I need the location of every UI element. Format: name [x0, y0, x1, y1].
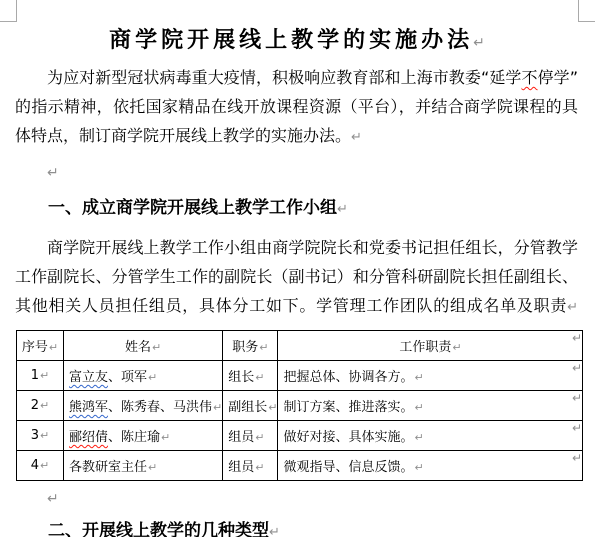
cell-names: 富立友、项军↵: [64, 361, 223, 391]
cell-end-mark: ↵: [40, 369, 49, 382]
spellcheck-red-squiggle: 郦绍倩: [69, 430, 108, 445]
cell-number: 3↵: [17, 421, 64, 451]
cell-number-text: 1: [31, 368, 39, 383]
intro-line-2: 的指示精神，依托国家精品在线开放课程资源（平台），并结合商学院课程的具: [15, 92, 578, 121]
cell-names-text: 、陈秀春、马洪伟: [108, 400, 212, 415]
table-row-end-mark: ↵: [572, 391, 582, 405]
cell-responsibility: 微观指导、信息反馈。↵: [278, 451, 583, 481]
cell-end-mark: ↵: [148, 461, 157, 474]
cell-end-mark: ↵: [40, 429, 49, 442]
intro-line-1-text: 为应对新型冠状病毒重大疫情，积极响应教育部和上海市教委“延学: [47, 68, 521, 87]
cell-end-mark: ↵: [49, 341, 58, 354]
spellcheck-red-squiggle: 不: [521, 68, 537, 87]
section-2-heading-text: 二、开展线上教学的几种类型: [48, 521, 269, 537]
cell-duty: 组长↵: [223, 361, 278, 391]
cell-end-mark: ↵: [415, 371, 424, 384]
cell-number-text: 4: [31, 458, 39, 473]
section-2-heading: 二、开展线上教学的几种类型↵: [48, 520, 280, 537]
col-header-responsibility-text: 工作职责: [399, 340, 451, 355]
cell-responsibility: 把握总体、协调各方。↵: [278, 361, 583, 391]
intro-paragraph: 为应对新型冠状病毒重大疫情，积极响应教育部和上海市教委“延学不停学” 的指示精神…: [15, 63, 578, 150]
cell-duty-text: 副组长: [228, 400, 267, 415]
section-1-heading: 一、成立商学院开展线上教学工作小组↵: [48, 197, 348, 221]
section-1-heading-text: 一、成立商学院开展线上教学工作小组: [48, 198, 337, 218]
cell-responsibility: 做好对接、具体实施。↵: [278, 421, 583, 451]
spellcheck-blue-squiggle: 熊鸿军: [69, 400, 108, 415]
col-header-name: 姓名↵: [64, 331, 223, 361]
cell-end-mark: ↵: [415, 431, 424, 444]
cell-names: 郦绍倩、陈庄瑜↵: [64, 421, 223, 451]
workgroup-line-1: 商学院开展线上教学工作小组由商学院院长和党委书记担任组长，分管教学: [15, 233, 578, 262]
cell-end-mark: ↵: [415, 401, 424, 414]
cell-end-mark: ↵: [161, 431, 170, 444]
col-header-name-text: 姓名: [125, 340, 151, 355]
col-header-number-text: 序号: [22, 340, 48, 355]
table-header-row: 序号↵ 姓名↵ 职务↵ 工作职责↵: [17, 331, 583, 361]
cell-end-mark: ↵: [255, 431, 264, 444]
cell-end-mark: ↵: [213, 401, 222, 414]
col-header-duty: 职务↵: [223, 331, 278, 361]
document-title: 商学院开展线上教学的实施办法↵: [16, 26, 578, 57]
cell-end-mark: ↵: [255, 461, 264, 474]
margin-mark-top-right-horizontal: [578, 21, 595, 22]
col-header-duty-text: 职务: [232, 340, 258, 355]
cell-number: 4↵: [17, 451, 64, 481]
cell-end-mark: ↵: [148, 371, 157, 384]
cell-end-mark: ↵: [259, 341, 268, 354]
cell-responsibility-text: 做好对接、具体实施。: [283, 430, 413, 445]
intro-line-3-text: 体特点，制订商学院开展线上教学的实施办法。: [15, 126, 351, 145]
workgroup-line-2-text: 工作副院长、分管学生工作的副院长（副书记）和分管科研副院长担任副组长、: [15, 267, 578, 286]
cell-duty: 副组长↵: [223, 391, 278, 421]
margin-mark-top-left-horizontal: [0, 21, 17, 22]
cell-end-mark: ↵: [452, 341, 461, 354]
cell-duty-text: 组员: [228, 460, 254, 475]
workgroup-line-1-text: 商学院开展线上教学工作小组由商学院院长和党委书记担任组长，分管教学: [47, 238, 578, 257]
document-page: 商学院开展线上教学的实施办法↵ 为应对新型冠状病毒重大疫情，积极响应教育部和上海…: [0, 0, 595, 537]
intro-line-2-text: 的指示精神，依托国家精品在线开放课程资源（平台），并结合商学院课程的具: [15, 97, 578, 116]
workgroup-paragraph: 商学院开展线上教学工作小组由商学院院长和党委书记担任组长，分管教学 工作副院长、…: [15, 233, 578, 320]
cell-end-mark: ↵: [268, 401, 277, 414]
table-row: 3↵ 郦绍倩、陈庄瑜↵ 组员↵ 做好对接、具体实施。↵: [17, 421, 583, 451]
cell-number-text: 2: [31, 398, 39, 413]
table-row-end-mark: ↵: [572, 361, 582, 375]
cell-end-mark: ↵: [40, 399, 49, 412]
paragraph-mark: ↵: [351, 130, 362, 145]
spellcheck-blue-squiggle: 富立友: [69, 370, 108, 385]
cell-names-text: 各教研室主任: [69, 460, 147, 475]
cell-responsibility-text: 制订方案、推进落实。: [283, 400, 413, 415]
cell-duty: 组员↵: [223, 451, 278, 481]
table-row-end-mark: ↵: [572, 451, 582, 465]
cell-names: 各教研室主任↵: [64, 451, 223, 481]
cell-end-mark: ↵: [40, 459, 49, 472]
table-row: 2↵ 熊鸿军、陈秀春、马洪伟↵ 副组长↵ 制订方案、推进落实。↵: [17, 391, 583, 421]
cell-responsibility-text: 微观指导、信息反馈。: [283, 460, 413, 475]
table-row-end-mark: ↵: [572, 331, 582, 345]
paragraph-mark: ↵: [269, 525, 280, 537]
paragraph-mark: ↵: [473, 35, 485, 51]
cell-names-text: 、陈庄瑜: [108, 430, 160, 445]
cell-number: 2↵: [17, 391, 64, 421]
cell-duty-text: 组员: [228, 430, 254, 445]
cell-number: 1↵: [17, 361, 64, 391]
workgroup-line-3-text: 其他相关人员担任组员，具体分工如下。学管理工作团队的组成名单及职责: [15, 296, 567, 315]
intro-line-1-tail: 停学”: [538, 68, 578, 87]
workgroup-line-3: 其他相关人员担任组员，具体分工如下。学管理工作团队的组成名单及职责↵: [15, 291, 578, 320]
paragraph-mark: ↵: [567, 300, 578, 315]
paragraph-mark: ↵: [47, 491, 59, 507]
table-row: 4↵ 各教研室主任↵ 组员↵ 微观指导、信息反馈。↵: [17, 451, 583, 481]
paragraph-mark: ↵: [47, 165, 59, 181]
document-title-text: 商学院开展线上教学的实施办法: [109, 27, 473, 53]
cell-names-text: 、项军: [108, 370, 147, 385]
cell-responsibility-text: 把握总体、协调各方。: [283, 370, 413, 385]
workgroup-line-2: 工作副院长、分管学生工作的副院长（副书记）和分管科研副院长担任副组长、: [15, 262, 578, 291]
intro-line-3: 体特点，制订商学院开展线上教学的实施办法。↵: [15, 121, 578, 150]
cell-duty: 组员↵: [223, 421, 278, 451]
table-row: 1↵ 富立友、项军↵ 组长↵ 把握总体、协调各方。↵: [17, 361, 583, 391]
cell-responsibility: 制订方案、推进落实。↵: [278, 391, 583, 421]
cell-number-text: 3: [31, 428, 39, 443]
table-row-end-mark: ↵: [572, 421, 582, 435]
cell-duty-text: 组长: [228, 370, 254, 385]
cell-end-mark: ↵: [152, 341, 161, 354]
cell-names: 熊鸿军、陈秀春、马洪伟↵: [64, 391, 223, 421]
workgroup-roster-table: 序号↵ 姓名↵ 职务↵ 工作职责↵ 1↵ 富立友、项军↵ 组长↵ 把握总体、协调…: [16, 330, 583, 481]
cell-end-mark: ↵: [255, 371, 264, 384]
margin-mark-top-left-vertical: [16, 0, 17, 21]
col-header-responsibility: 工作职责↵: [278, 331, 583, 361]
intro-line-1: 为应对新型冠状病毒重大疫情，积极响应教育部和上海市教委“延学不停学”: [15, 63, 578, 92]
cell-end-mark: ↵: [415, 461, 424, 474]
margin-mark-top-right-vertical: [578, 0, 579, 21]
col-header-number: 序号↵: [17, 331, 64, 361]
paragraph-mark: ↵: [337, 202, 348, 217]
